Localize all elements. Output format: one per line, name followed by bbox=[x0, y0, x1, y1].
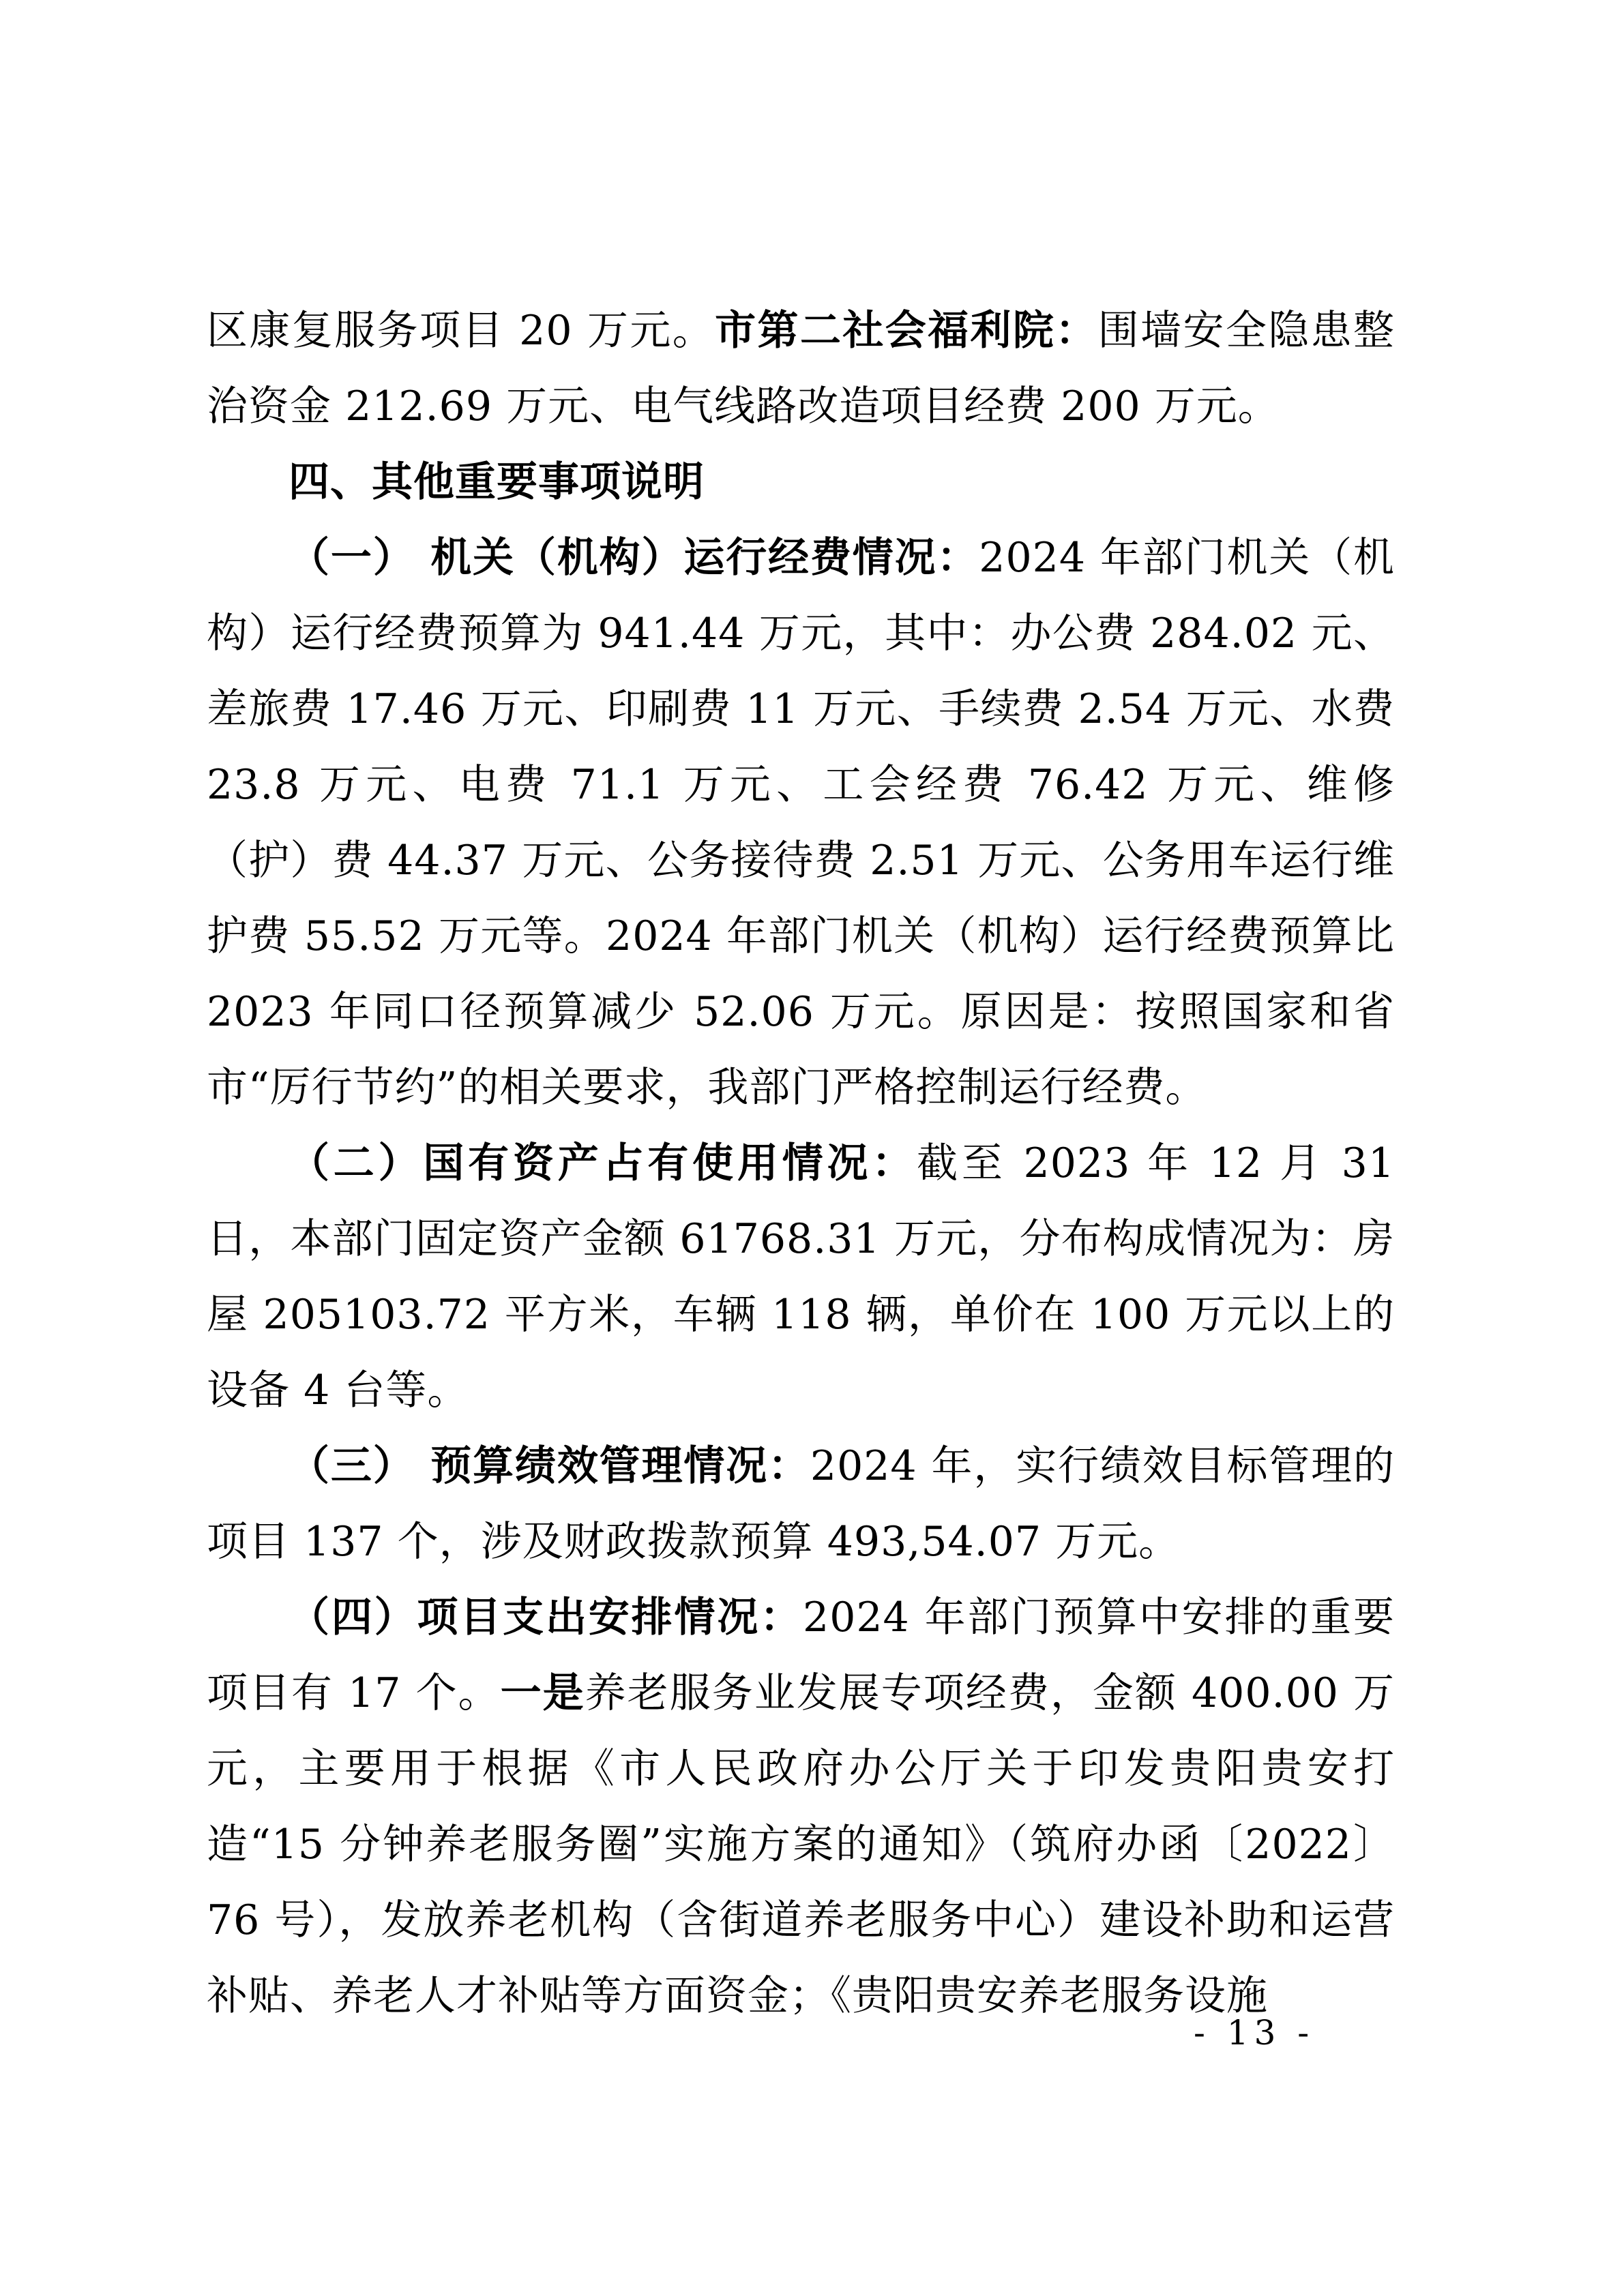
bold-text-run: （四）项目支出安排情况： bbox=[289, 1594, 803, 1641]
paragraph: （四）项目支出安排情况：2024 年部门预算中安排的重要项目有 17 个。一是养… bbox=[207, 1580, 1395, 2034]
bold-text-run: 四、其他重要事项说明 bbox=[289, 458, 705, 506]
bold-text-run: （三） 预算绩效管理情况： bbox=[289, 1442, 810, 1490]
paragraph: （二）国有资产占有使用情况：截至 2023 年 12 月 31 日，本部门固定资… bbox=[207, 1126, 1395, 1429]
text-run: 区康复服务项目 20 万元。 bbox=[207, 307, 715, 355]
document-page: 区康复服务项目 20 万元。市第二社会福利院：围墙安全隐患整治资金 212.69… bbox=[0, 0, 1624, 2296]
paragraph: （三） 预算绩效管理情况：2024 年，实行绩效目标管理的项目 137 个，涉及… bbox=[207, 1429, 1395, 1580]
bold-text-run: （二）国有资产占有使用情况： bbox=[289, 1139, 917, 1187]
section-heading: 四、其他重要事项说明 bbox=[207, 445, 1395, 520]
text-run: 养老服务业发展专项经费，金额 400.00 万元，主要用于根据《市人民政府办公厅… bbox=[207, 1669, 1395, 2020]
page-number: - 13 - bbox=[1194, 2013, 1314, 2053]
paragraph: （一） 机关（机构）运行经费情况：2024 年部门机关（机构）运行经费预算为 9… bbox=[207, 520, 1395, 1126]
text-run: 2024 年部门机关（机构）运行经费预算为 941.44 万元，其中：办公费 2… bbox=[207, 534, 1395, 1112]
bold-text-run: （一） 机关（机构）运行经费情况： bbox=[289, 534, 979, 582]
paragraph: 区康复服务项目 20 万元。市第二社会福利院：围墙安全隐患整治资金 212.69… bbox=[207, 293, 1395, 445]
document-body: 区康复服务项目 20 万元。市第二社会福利院：围墙安全隐患整治资金 212.69… bbox=[207, 293, 1395, 2034]
bold-text-run: 市第二社会福利院： bbox=[715, 307, 1098, 355]
bold-text-run: 一是 bbox=[501, 1669, 585, 1717]
